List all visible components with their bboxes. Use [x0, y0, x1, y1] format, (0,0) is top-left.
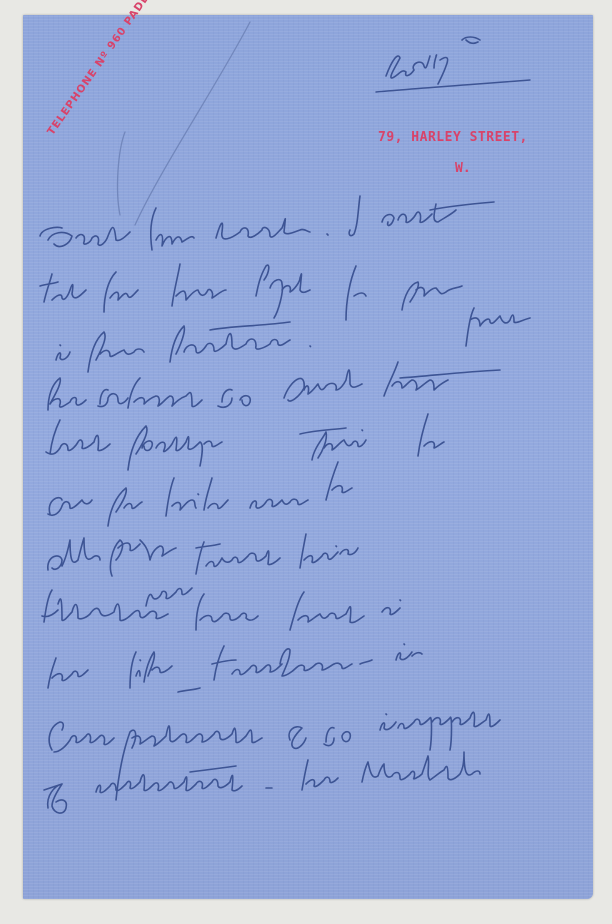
handwritten-line: in your great sorrow . It must [40, 318, 491, 353]
handwritten-line: your life _ It does seem un- [40, 660, 451, 695]
handwritten-line: saw you while even he [40, 482, 382, 517]
letterhead-postcode: W. [455, 161, 471, 176]
handwritten-line: Dear Mr Leader . I can't [40, 205, 409, 240]
handwritten-date: Oct 17th [384, 48, 508, 81]
handwritten-line: all his love , turned his [40, 538, 387, 573]
handwritten-line: be so hard so cruel than [40, 372, 409, 407]
letterhead-address: 79, HARLEY STREET, [378, 130, 528, 145]
handwritten-line: tell you how I feel for you [40, 262, 430, 297]
handwritten-line: little life his death has made in [40, 600, 511, 635]
handwritten-line: comprehensible & so impossible [40, 722, 534, 757]
handwritten-line: last goodbye than he [40, 426, 358, 461]
handwritten-line: to understand . He was such [40, 784, 475, 819]
